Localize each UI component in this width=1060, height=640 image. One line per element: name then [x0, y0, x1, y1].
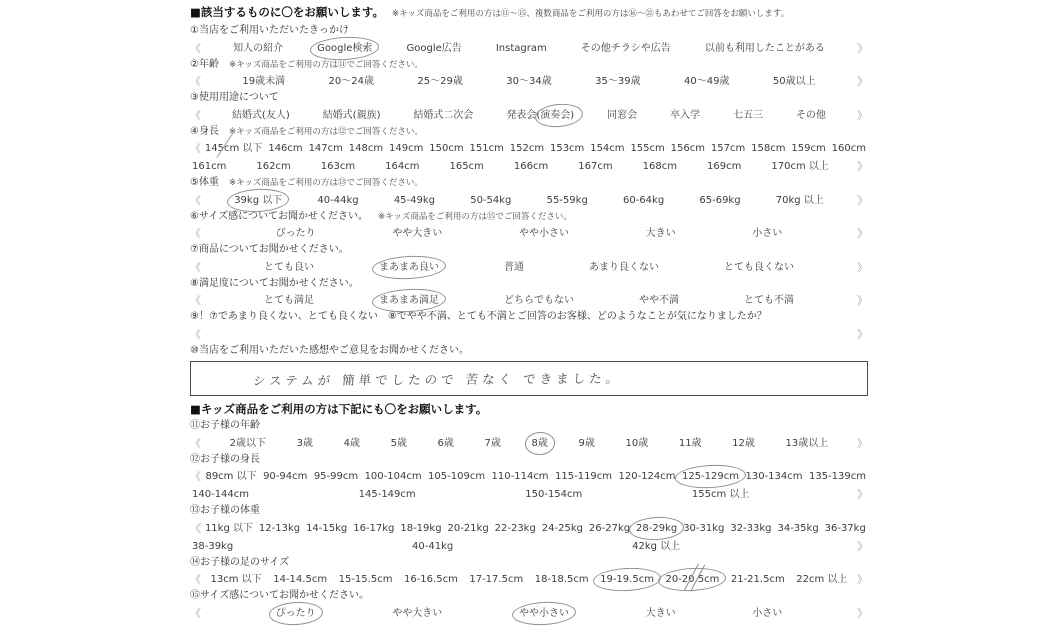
option: 150-154cm: [523, 486, 584, 503]
option: 24-25kg: [540, 520, 585, 537]
option: 115-119cm: [553, 468, 614, 485]
option: 147cm: [307, 140, 345, 157]
question-label: ②年齢: [190, 59, 219, 70]
option: 38-39kg: [190, 538, 235, 555]
option: 36-37kg: [823, 520, 868, 537]
option: ぴったり: [274, 225, 318, 242]
bracket-close: 》: [857, 73, 868, 90]
option: その他: [794, 107, 828, 124]
option: 16-16.5cm: [402, 571, 460, 588]
option: 158cm: [749, 140, 787, 157]
option: 157cm: [709, 140, 747, 157]
option: 4歳: [342, 435, 362, 452]
option: 110-114cm: [490, 468, 551, 485]
section-header-kids: ■キッズ商品をご利用の方は下記にも〇をお願いします。: [190, 400, 868, 418]
option: 151cm: [468, 140, 506, 157]
question-options-row: 《 結婚式(友人)結婚式(親族)結婚式二次会発表会(演奏会)同窓会卒入学七五三そ…: [190, 107, 868, 124]
question-note: ※キッズ商品をご利用の方は⑫でご回答ください。: [229, 127, 423, 137]
bracket-open: 《: [190, 571, 201, 588]
option: やや小さい: [517, 605, 571, 622]
question-usage-purpose: ③使用用途について 《 結婚式(友人)結婚式(親族)結婚式二次会発表会(演奏会)…: [190, 90, 868, 124]
bracket-open: 《: [190, 73, 201, 90]
bracket-close: 》: [857, 435, 868, 452]
option: 42kg 以上: [630, 538, 682, 555]
question-label: ⑦商品についてお聞かせください。: [190, 244, 349, 255]
option: 135-139cm: [807, 468, 868, 485]
option: まあまあ満足: [377, 292, 441, 309]
option: 結婚式二次会: [411, 107, 475, 124]
option: 16-17kg: [351, 520, 396, 537]
question-answer-row: 《 》: [190, 326, 868, 343]
option: 20〜24歳: [327, 73, 376, 90]
bracket-close: 》: [857, 605, 868, 622]
question-label: ④身長: [190, 126, 219, 137]
option: 40〜49歳: [682, 73, 731, 90]
option: とても不満: [742, 292, 796, 309]
option: 154cm: [588, 140, 626, 157]
option: 3歳: [295, 435, 315, 452]
option: 発表会(演奏会): [504, 107, 576, 124]
option: 163cm: [319, 158, 357, 175]
question-free-comment: ⑩当店をご利用いただいた感想やご意見をお聞かせください。 システムが 簡単でした…: [190, 343, 868, 397]
option: 125-129cm: [680, 468, 741, 485]
option: 七五三: [731, 107, 765, 124]
option: とても良い: [262, 259, 316, 276]
option: 結婚式(親族): [321, 107, 383, 124]
option: 50-54kg: [468, 192, 513, 209]
question-height: ④身長※キッズ商品をご利用の方は⑫でご回答ください。 《 145cm 以下146…: [190, 124, 868, 176]
option: 39kg 以下: [232, 192, 284, 209]
option: 10歳: [623, 435, 650, 452]
question-note: ※キッズ商品をご利用の方は⑮でご回答ください。: [378, 212, 572, 222]
option: ぴったり: [274, 605, 318, 622]
option: 22-23kg: [493, 520, 538, 537]
option: 7歳: [483, 435, 503, 452]
option: Instagram: [494, 40, 549, 57]
section-header-main: ■該当するものに〇をお願いします。※キッズ商品をご利用の方は⑪〜⑮、複数商品をご…: [190, 3, 868, 23]
option: 大きい: [644, 605, 678, 622]
option: 155cm: [628, 140, 666, 157]
option: 90-94cm: [261, 468, 309, 485]
option: 卒入学: [668, 107, 702, 124]
question-note: ※キッズ商品をご利用の方は⑬でご回答ください。: [229, 178, 423, 188]
question-label: ⑨！⑦であまり良くない、とても良くない ⑧でやや不満、とても不満とご回答のお客様…: [190, 311, 767, 322]
question-options-row: 《 19歳未満20〜24歳25〜29歳30〜34歳35〜39歳40〜49歳50歳…: [190, 73, 868, 90]
option: 12歳: [730, 435, 757, 452]
section-header-main-note: ※キッズ商品をご利用の方は⑪〜⑮、複数商品をご利用の方は⑯〜㉑もあわせてご回答を…: [392, 9, 789, 19]
option: 大きい: [644, 225, 678, 242]
option: どちらでもない: [502, 292, 576, 309]
option: 50歳以上: [771, 73, 818, 90]
option: 89cm 以下: [203, 468, 258, 485]
option: 130-134cm: [743, 468, 804, 485]
bracket-open: 《: [190, 259, 201, 276]
option: 70kg 以上: [774, 192, 826, 209]
option: 169cm: [705, 158, 743, 175]
question-product-rating: ⑦商品についてお聞かせください。 《 とても良いまあまあ良い普通あまり良くないと…: [190, 242, 868, 276]
option: 5歳: [389, 435, 409, 452]
option: 20-20.5cm: [663, 571, 721, 588]
option: 19歳未満: [240, 73, 287, 90]
question-options-row: 《 11kg 以下12-13kg14-15kg16-17kg18-19kg20-…: [190, 520, 868, 555]
question-label: ③使用用途について: [190, 92, 279, 103]
bracket-close: 》: [857, 192, 868, 209]
bracket-open: 《: [190, 520, 201, 537]
option: やや不満: [637, 292, 681, 309]
option: 13歳以上: [784, 435, 831, 452]
section-header-kids-title: ■キッズ商品をご利用の方は下記にも〇をお願いします。: [190, 402, 487, 416]
option: 13cm 以下: [209, 571, 264, 588]
option: 18-18.5cm: [533, 571, 591, 588]
option: 153cm: [548, 140, 586, 157]
option: 18-19kg: [398, 520, 443, 537]
bracket-close: 》: [857, 259, 868, 276]
option: まあまあ良い: [377, 259, 441, 276]
option: やや大きい: [390, 605, 444, 622]
option: 162cm: [254, 158, 292, 175]
free-comment-box: システムが 簡単でしたので 苦なく できました。: [190, 361, 868, 396]
option: 55-59kg: [545, 192, 590, 209]
question-options-row: 《 知人の紹介Google検索Google広告Instagramその他チラシや広…: [190, 40, 868, 57]
bracket-close: 》: [857, 107, 868, 124]
question-options-row: 《 89cm 以下90-94cm95-99cm100-104cm105-109c…: [190, 468, 868, 503]
option: 8歳: [530, 435, 550, 452]
question-options-row: 《 39kg 以下40-44kg45-49kg50-54kg55-59kg60-…: [190, 192, 868, 209]
question-label: ①当店をご利用いただいたきっかけ: [190, 25, 349, 36]
question-note: ※キッズ商品をご利用の方は⑪でご回答ください。: [229, 60, 423, 70]
question-dissatisfaction-detail: ⑨！⑦であまり良くない、とても良くない ⑧でやや不満、とても不満とご回答のお客様…: [190, 309, 868, 343]
option: 166cm: [512, 158, 550, 175]
option: 65-69kg: [697, 192, 742, 209]
question-options-row: 《 ぴったりやや大きいやや小さい大きい小さい 》: [190, 225, 868, 242]
option: 170cm 以上: [769, 158, 831, 175]
option: Google検索: [315, 40, 374, 57]
option: 35〜39歳: [593, 73, 642, 90]
option: 6歳: [436, 435, 456, 452]
option: 45-49kg: [392, 192, 437, 209]
question-label: ⑥サイズ感についてお聞かせください。: [190, 211, 368, 222]
bracket-open: 《: [190, 605, 201, 622]
bracket-close: 》: [857, 571, 868, 588]
option: 148cm: [347, 140, 385, 157]
option: 28-29kg: [634, 520, 679, 537]
option: 159cm: [789, 140, 827, 157]
option: 40-44kg: [315, 192, 360, 209]
question-child-foot-size: ⑭お子様の足のサイズ 《 13cm 以下14-14.5cm15-15.5cm16…: [190, 555, 868, 589]
option: 同窓会: [605, 107, 639, 124]
option: 30-31kg: [681, 520, 726, 537]
option: 34-35kg: [775, 520, 820, 537]
option: 145-149cm: [357, 486, 418, 503]
option: 164cm: [383, 158, 421, 175]
bracket-open: 《: [190, 435, 201, 452]
bracket-open: 《: [190, 292, 201, 309]
question-satisfaction: ⑧満足度についてお聞かせください。 《 とても満足まあまあ満足どちらでもないやや…: [190, 276, 868, 310]
option: 14-14.5cm: [271, 571, 329, 588]
option: やや大きい: [390, 225, 444, 242]
bracket-close: 》: [857, 486, 868, 503]
question-child-age: ⑪お子様の年齢 《 2歳以下3歳4歳5歳6歳7歳8歳9歳10歳11歳12歳13歳…: [190, 418, 868, 452]
question-options-row: 《 ぴったりやや大きいやや小さい大きい小さい 》: [190, 605, 868, 622]
question-label: ⑤体重: [190, 177, 219, 188]
option: 120-124cm: [617, 468, 678, 485]
option: やや小さい: [517, 225, 571, 242]
bracket-close: 》: [857, 326, 868, 343]
option: Google広告: [405, 40, 464, 57]
option: 152cm: [508, 140, 546, 157]
question-options-row: 《 145cm 以下146cm147cm148cm149cm150cm151cm…: [190, 140, 868, 175]
bracket-close: 》: [857, 158, 868, 175]
option: 105-109cm: [426, 468, 487, 485]
option: 145cm 以下: [203, 140, 265, 157]
option: 結婚式(友人): [230, 107, 292, 124]
option: 95-99cm: [312, 468, 360, 485]
option: 26-27kg: [587, 520, 632, 537]
question-visit-trigger: ①当店をご利用いただいたきっかけ 《 知人の紹介Google検索Google広告…: [190, 23, 868, 57]
option: 12-13kg: [257, 520, 302, 537]
survey-form: ■該当するものに〇をお願いします。※キッズ商品をご利用の方は⑪〜⑮、複数商品をご…: [190, 3, 868, 622]
bracket-close: 》: [857, 538, 868, 555]
option: 146cm: [266, 140, 304, 157]
option: 167cm: [576, 158, 614, 175]
bracket-open: 《: [190, 225, 201, 242]
handwritten-comment: システムが 簡単でしたので 苦なく できました。: [252, 368, 622, 389]
option: 100-104cm: [363, 468, 424, 485]
option: 14-15kg: [304, 520, 349, 537]
option: 150cm: [427, 140, 465, 157]
question-label: ⑧満足度についてお聞かせください。: [190, 278, 359, 289]
question-label: ⑮サイズ感についてお聞かせください。: [190, 590, 369, 601]
option: 11kg 以下: [203, 520, 255, 537]
question-child-size-feel: ⑮サイズ感についてお聞かせください。 《 ぴったりやや大きいやや小さい大きい小さ…: [190, 588, 868, 622]
question-options-row: 《 とても満足まあまあ満足どちらでもないやや不満とても不満 》: [190, 292, 868, 309]
option: とても良くない: [722, 259, 796, 276]
option: 17-17.5cm: [467, 571, 525, 588]
option: 161cm: [190, 158, 228, 175]
question-label: ⑫お子様の身長: [190, 454, 260, 465]
option: 22cm 以上: [794, 571, 849, 588]
question-age: ②年齢※キッズ商品をご利用の方は⑪でご回答ください。 《 19歳未満20〜24歳…: [190, 57, 868, 91]
option: 以前も利用したことがある: [703, 40, 827, 57]
bracket-close: 》: [857, 40, 868, 57]
option: 11歳: [677, 435, 704, 452]
option: 2歳以下: [228, 435, 268, 452]
bracket-open: 《: [190, 326, 201, 343]
option: 9歳: [577, 435, 597, 452]
option: 30〜34歳: [504, 73, 553, 90]
question-label: ⑬お子様の体重: [190, 505, 260, 516]
question-options-row: 《 13cm 以下14-14.5cm15-15.5cm16-16.5cm17-1…: [190, 571, 868, 588]
bracket-close: 》: [857, 292, 868, 309]
option: 20-21kg: [445, 520, 490, 537]
option: 小さい: [750, 605, 784, 622]
question-child-height: ⑫お子様の身長 《 89cm 以下90-94cm95-99cm100-104cm…: [190, 452, 868, 504]
option: 168cm: [641, 158, 679, 175]
section-header-main-title: ■該当するものに〇をお願いします。: [190, 5, 384, 19]
option: 知人の紹介: [231, 40, 285, 57]
bracket-close: 》: [857, 225, 868, 242]
question-label: ⑪お子様の年齢: [190, 420, 260, 431]
option: あまり良くない: [587, 259, 661, 276]
option: 19-19.5cm: [598, 571, 656, 588]
question-weight: ⑤体重※キッズ商品をご利用の方は⑬でご回答ください。 《 39kg 以下40-4…: [190, 175, 868, 209]
option: 155cm 以上: [690, 486, 752, 503]
option: 165cm: [448, 158, 486, 175]
question-label: ⑩当店をご利用いただいた感想やご意見をお聞かせください。: [190, 345, 469, 356]
bracket-open: 《: [190, 468, 201, 485]
question-label: ⑭お子様の足のサイズ: [190, 557, 289, 568]
question-options-row: 《 とても良いまあまあ良い普通あまり良くないとても良くない 》: [190, 259, 868, 276]
bracket-open: 《: [190, 40, 201, 57]
option: 32-33kg: [728, 520, 773, 537]
bracket-open: 《: [190, 140, 201, 157]
option: 小さい: [750, 225, 784, 242]
option: とても満足: [262, 292, 316, 309]
option: 21-21.5cm: [729, 571, 787, 588]
question-child-weight: ⑬お子様の体重 《 11kg 以下12-13kg14-15kg16-17kg18…: [190, 503, 868, 555]
option: 140-144cm: [190, 486, 251, 503]
option: 160cm: [830, 140, 868, 157]
option: 60-64kg: [621, 192, 666, 209]
option: 40-41kg: [410, 538, 455, 555]
option: 25〜29歳: [415, 73, 464, 90]
bracket-open: 《: [190, 107, 201, 124]
question-options-row: 《 2歳以下3歳4歳5歳6歳7歳8歳9歳10歳11歳12歳13歳以上 》: [190, 435, 868, 452]
option: 普通: [502, 259, 526, 276]
option: 15-15.5cm: [337, 571, 395, 588]
option: 156cm: [669, 140, 707, 157]
bracket-open: 《: [190, 192, 201, 209]
question-size-feel: ⑥サイズ感についてお聞かせください。※キッズ商品をご利用の方は⑮でご回答ください…: [190, 209, 868, 243]
option: 149cm: [387, 140, 425, 157]
option: その他チラシや広告: [579, 40, 673, 57]
